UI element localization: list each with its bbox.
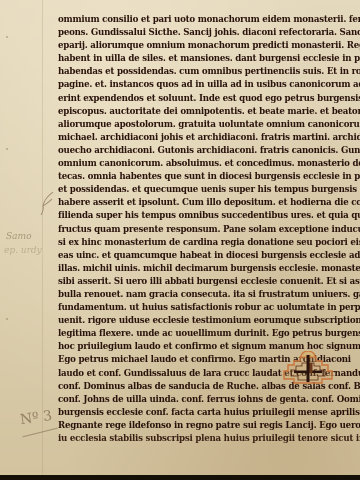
text-line: omnium canonicorum. absoluimus. et conce… <box>58 157 337 170</box>
margin-note-upper: Samo <box>6 232 31 242</box>
margin-note-faded: ep. urdy <box>4 246 42 256</box>
text-line: ommium consilio et pari uoto monachorum … <box>58 13 337 26</box>
text-line: habere asserit et ipsolunt. Cum illo dep… <box>58 196 337 209</box>
shelfmark-number: Nº 3 <box>19 408 53 428</box>
paragraph-flourish-icon <box>40 190 56 216</box>
page-bottom-edge <box>0 475 360 480</box>
text-line: episcopus. auctoritate dei omnipotentis.… <box>58 105 337 118</box>
text-line: fundamentum. ut huius satisfactionis rob… <box>58 301 337 314</box>
manuscript-page: Samo ep. urdy ommium consilio et pari uo… <box>0 0 360 475</box>
text-line: conf. Johns de uilla uinda. conf. ferrus… <box>58 393 337 406</box>
pricking-hole <box>6 318 8 320</box>
text-line: iu ecclesia stabilis subscripsi plena hu… <box>58 432 337 445</box>
text-line: uenit. rigore uiduse ecclesie testimoniu… <box>58 314 337 327</box>
text-line: si ex hinc monasterium de cardina regia … <box>58 236 337 249</box>
text-line: michael. archidiaconi johis et archidiac… <box>58 131 337 144</box>
ruling-line <box>42 0 43 475</box>
text-line: pagine. et. instancos quos ad in uilla a… <box>58 78 337 91</box>
text-line: habendas et possidendas. cum omnibus per… <box>58 65 337 78</box>
signum-cross-monogram-icon <box>282 351 334 385</box>
text-line: aliorumque apostolorum. gratuita uolunta… <box>58 118 337 131</box>
text-line: fructus quam presente responsum. Pane so… <box>58 223 337 236</box>
text-line: eas uinc. et quamcumque habeat in dioces… <box>58 249 337 262</box>
text-line: Regnante rege ildefonso in regno patre s… <box>58 419 337 432</box>
text-line: erint expendendos et soluunt. Inde est q… <box>58 92 337 105</box>
text-line: sibi asserit. Si uero illi abbati burgen… <box>58 275 337 288</box>
text-line: bulla renouet. nam gracia consecuta. ita… <box>58 288 337 301</box>
pricking-hole <box>6 148 8 150</box>
text-line: ouecho archidiaconi. Gutonis archidiacon… <box>58 144 337 157</box>
text-line: eparij. aliorumque omnium monachorum pre… <box>58 39 337 52</box>
text-line: et possidendas. et quecumque uenis super… <box>58 183 337 196</box>
pricking-hole <box>6 36 8 38</box>
text-line: legitima flexere. unde ac uouellimum dur… <box>58 327 337 340</box>
text-line: tecas. omnia habentes que sunt in dioces… <box>58 170 337 183</box>
text-line: habent in uilla de siles. et mansiones. … <box>58 52 337 65</box>
shelfmark-underline <box>22 428 57 438</box>
text-line: filienda super his tempus omnibus succed… <box>58 209 337 222</box>
text-line: illas. michil uinis. michil decimarum bu… <box>58 262 337 275</box>
text-line: peons. Gundissalui Sicthe. Sancij johis.… <box>58 26 337 39</box>
text-line: burgensis ecclesie conf. facta carta hui… <box>58 406 337 419</box>
